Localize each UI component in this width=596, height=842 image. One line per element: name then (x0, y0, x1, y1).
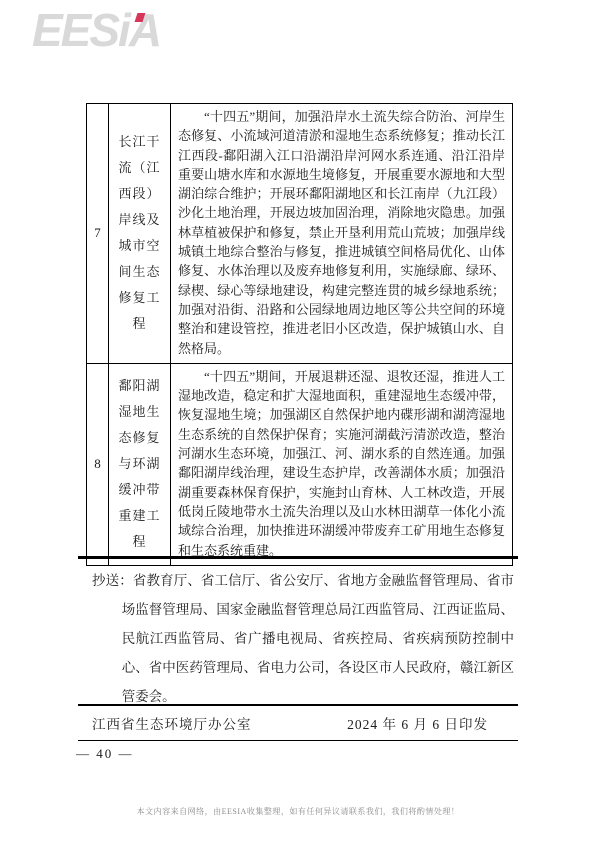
issuer-row: 江西省生态环境厅办公室 2024 年 6 月 6 日印发 (78, 707, 518, 739)
row-number: 8 (87, 363, 109, 565)
row-number: 7 (87, 104, 109, 364)
project-title: 长江干流（江西段）岸线及城市空间生态修复工程 (109, 104, 171, 364)
document-page: EESiA 7 长江干流（江西段）岸线及城市空间生态修复工程 “十四五”期间，加… (0, 0, 596, 842)
project-description: “十四五”期间，加强沿岸水土流失综合防治、河岸生态修复、小流域河道清淤和湿地生态… (171, 104, 513, 364)
project-title: 鄱阳湖湿地生态修复与环湖缓冲带重建工程 (109, 363, 171, 565)
project-description-text: “十四五”期间，加强沿岸水土流失综合防治、河岸生态修复、小流域河道清淤和湿地生态… (178, 107, 505, 358)
eesia-logo-text: EESiA (32, 4, 212, 56)
watermark-text: 本文内容来自网络，由EESIA收集整理，如有任何异议请联系我们，我们将酌情处理！ (0, 806, 596, 817)
print-date: 2024 年 6 月 6 日印发 (347, 713, 488, 733)
divider-above-issuer (78, 704, 518, 706)
table-row: 7 长江干流（江西段）岸线及城市空间生态修复工程 “十四五”期间，加强沿岸水土流… (87, 104, 513, 364)
projects-table: 7 长江干流（江西段）岸线及城市空间生态修复工程 “十四五”期间，加强沿岸水土流… (86, 103, 513, 566)
issuer-office: 江西省生态环境厅办公室 (92, 713, 252, 733)
eesia-logo: EESiA (32, 4, 212, 56)
project-description-text: “十四五”期间，开展退耕还湿、退牧还湿，推进人工湿地改造，稳定和扩大湿地面积，重… (178, 367, 505, 560)
cc-list: 抄送：省教育厅、省工信厅、省公安厅、省地方金融监督管理局、省市场监督管理局、国家… (92, 566, 514, 711)
divider-thick (78, 556, 518, 559)
divider-below-issuer (78, 740, 518, 741)
table-row: 8 鄱阳湖湿地生态修复与环湖缓冲带重建工程 “十四五”期间，开展退耕还湿、退牧还… (87, 363, 513, 565)
project-description: “十四五”期间，开展退耕还湿、退牧还湿，推进人工湿地改造，稳定和扩大湿地面积，重… (171, 363, 513, 565)
page-number: — 40 — (76, 746, 134, 762)
